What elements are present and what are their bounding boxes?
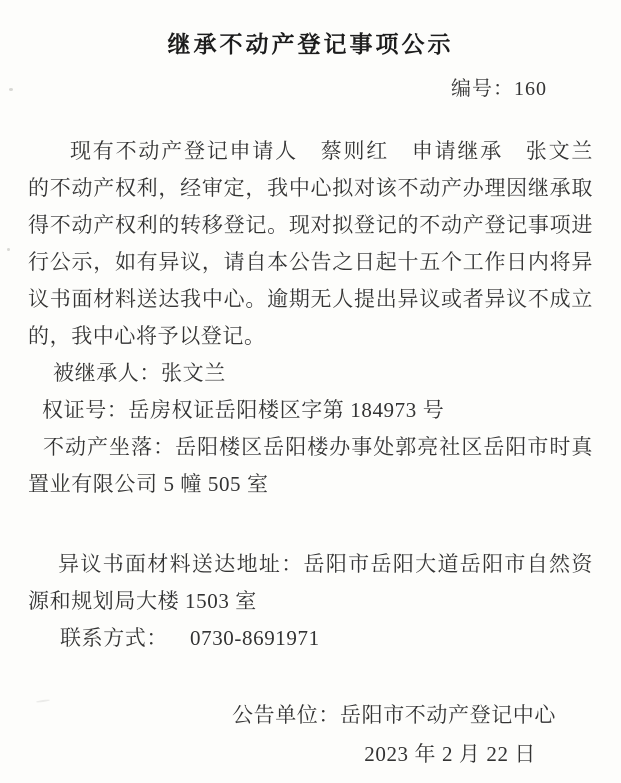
doc-number-value: 160 xyxy=(514,78,547,100)
field-objection-address-label: 异议书面材料送达地址： xyxy=(58,552,304,576)
doc-number: 编号：160 xyxy=(28,75,593,103)
field-certificate-number: 权证号：岳房权证岳阳楼区字第 184973 号 xyxy=(28,392,593,429)
field-certificate-label: 权证号： xyxy=(42,398,128,422)
field-decedent: 被继承人：张文兰 xyxy=(28,355,593,392)
footer-date: 2023 年 2 月 22 日 xyxy=(28,736,593,773)
field-property-location: 不动产坐落：岳阳楼区岳阳楼办事处郭亮社区岳阳市时真置业有限公司 5 幢 505 … xyxy=(28,429,593,503)
field-certificate-value: 岳房权证岳阳楼区字第 184973 号 xyxy=(128,398,444,422)
scan-artifact xyxy=(7,248,10,251)
field-contact-value: 0730-8691971 xyxy=(190,626,320,650)
field-objection-address: 异议书面材料送达地址：岳阳市岳阳大道岳阳市自然资源和规划局大楼 1503 室 xyxy=(28,546,593,620)
field-decedent-value: 张文兰 xyxy=(161,361,226,385)
footer-unit-value: 岳阳市不动产登记中心 xyxy=(340,703,556,727)
field-decedent-label: 被继承人： xyxy=(53,361,161,385)
field-contact-label: 联系方式： xyxy=(60,626,168,650)
field-contact: 联系方式：0730-8691971 xyxy=(28,620,593,657)
footer-announcing-unit: 公告单位：岳阳市不动产登记中心 xyxy=(28,697,593,734)
field-property-location-label: 不动产坐落： xyxy=(43,435,175,459)
page-title: 继承不动产登记事项公示 xyxy=(28,26,593,59)
footer-unit-label: 公告单位： xyxy=(232,703,340,727)
scan-artifact xyxy=(9,88,13,91)
doc-number-label: 编号： xyxy=(451,78,514,100)
notice-body: 现有不动产登记申请人 蔡则红 申请继承 张文兰 的不动产权利，经审定，我中心拟对… xyxy=(28,133,593,657)
notice-document-page: 继承不动产登记事项公示 编号：160 现有不动产登记申请人 蔡则红 申请继承 张… xyxy=(0,0,621,783)
notice-paragraph: 现有不动产登记申请人 蔡则红 申请继承 张文兰 的不动产权利，经审定，我中心拟对… xyxy=(28,133,593,355)
